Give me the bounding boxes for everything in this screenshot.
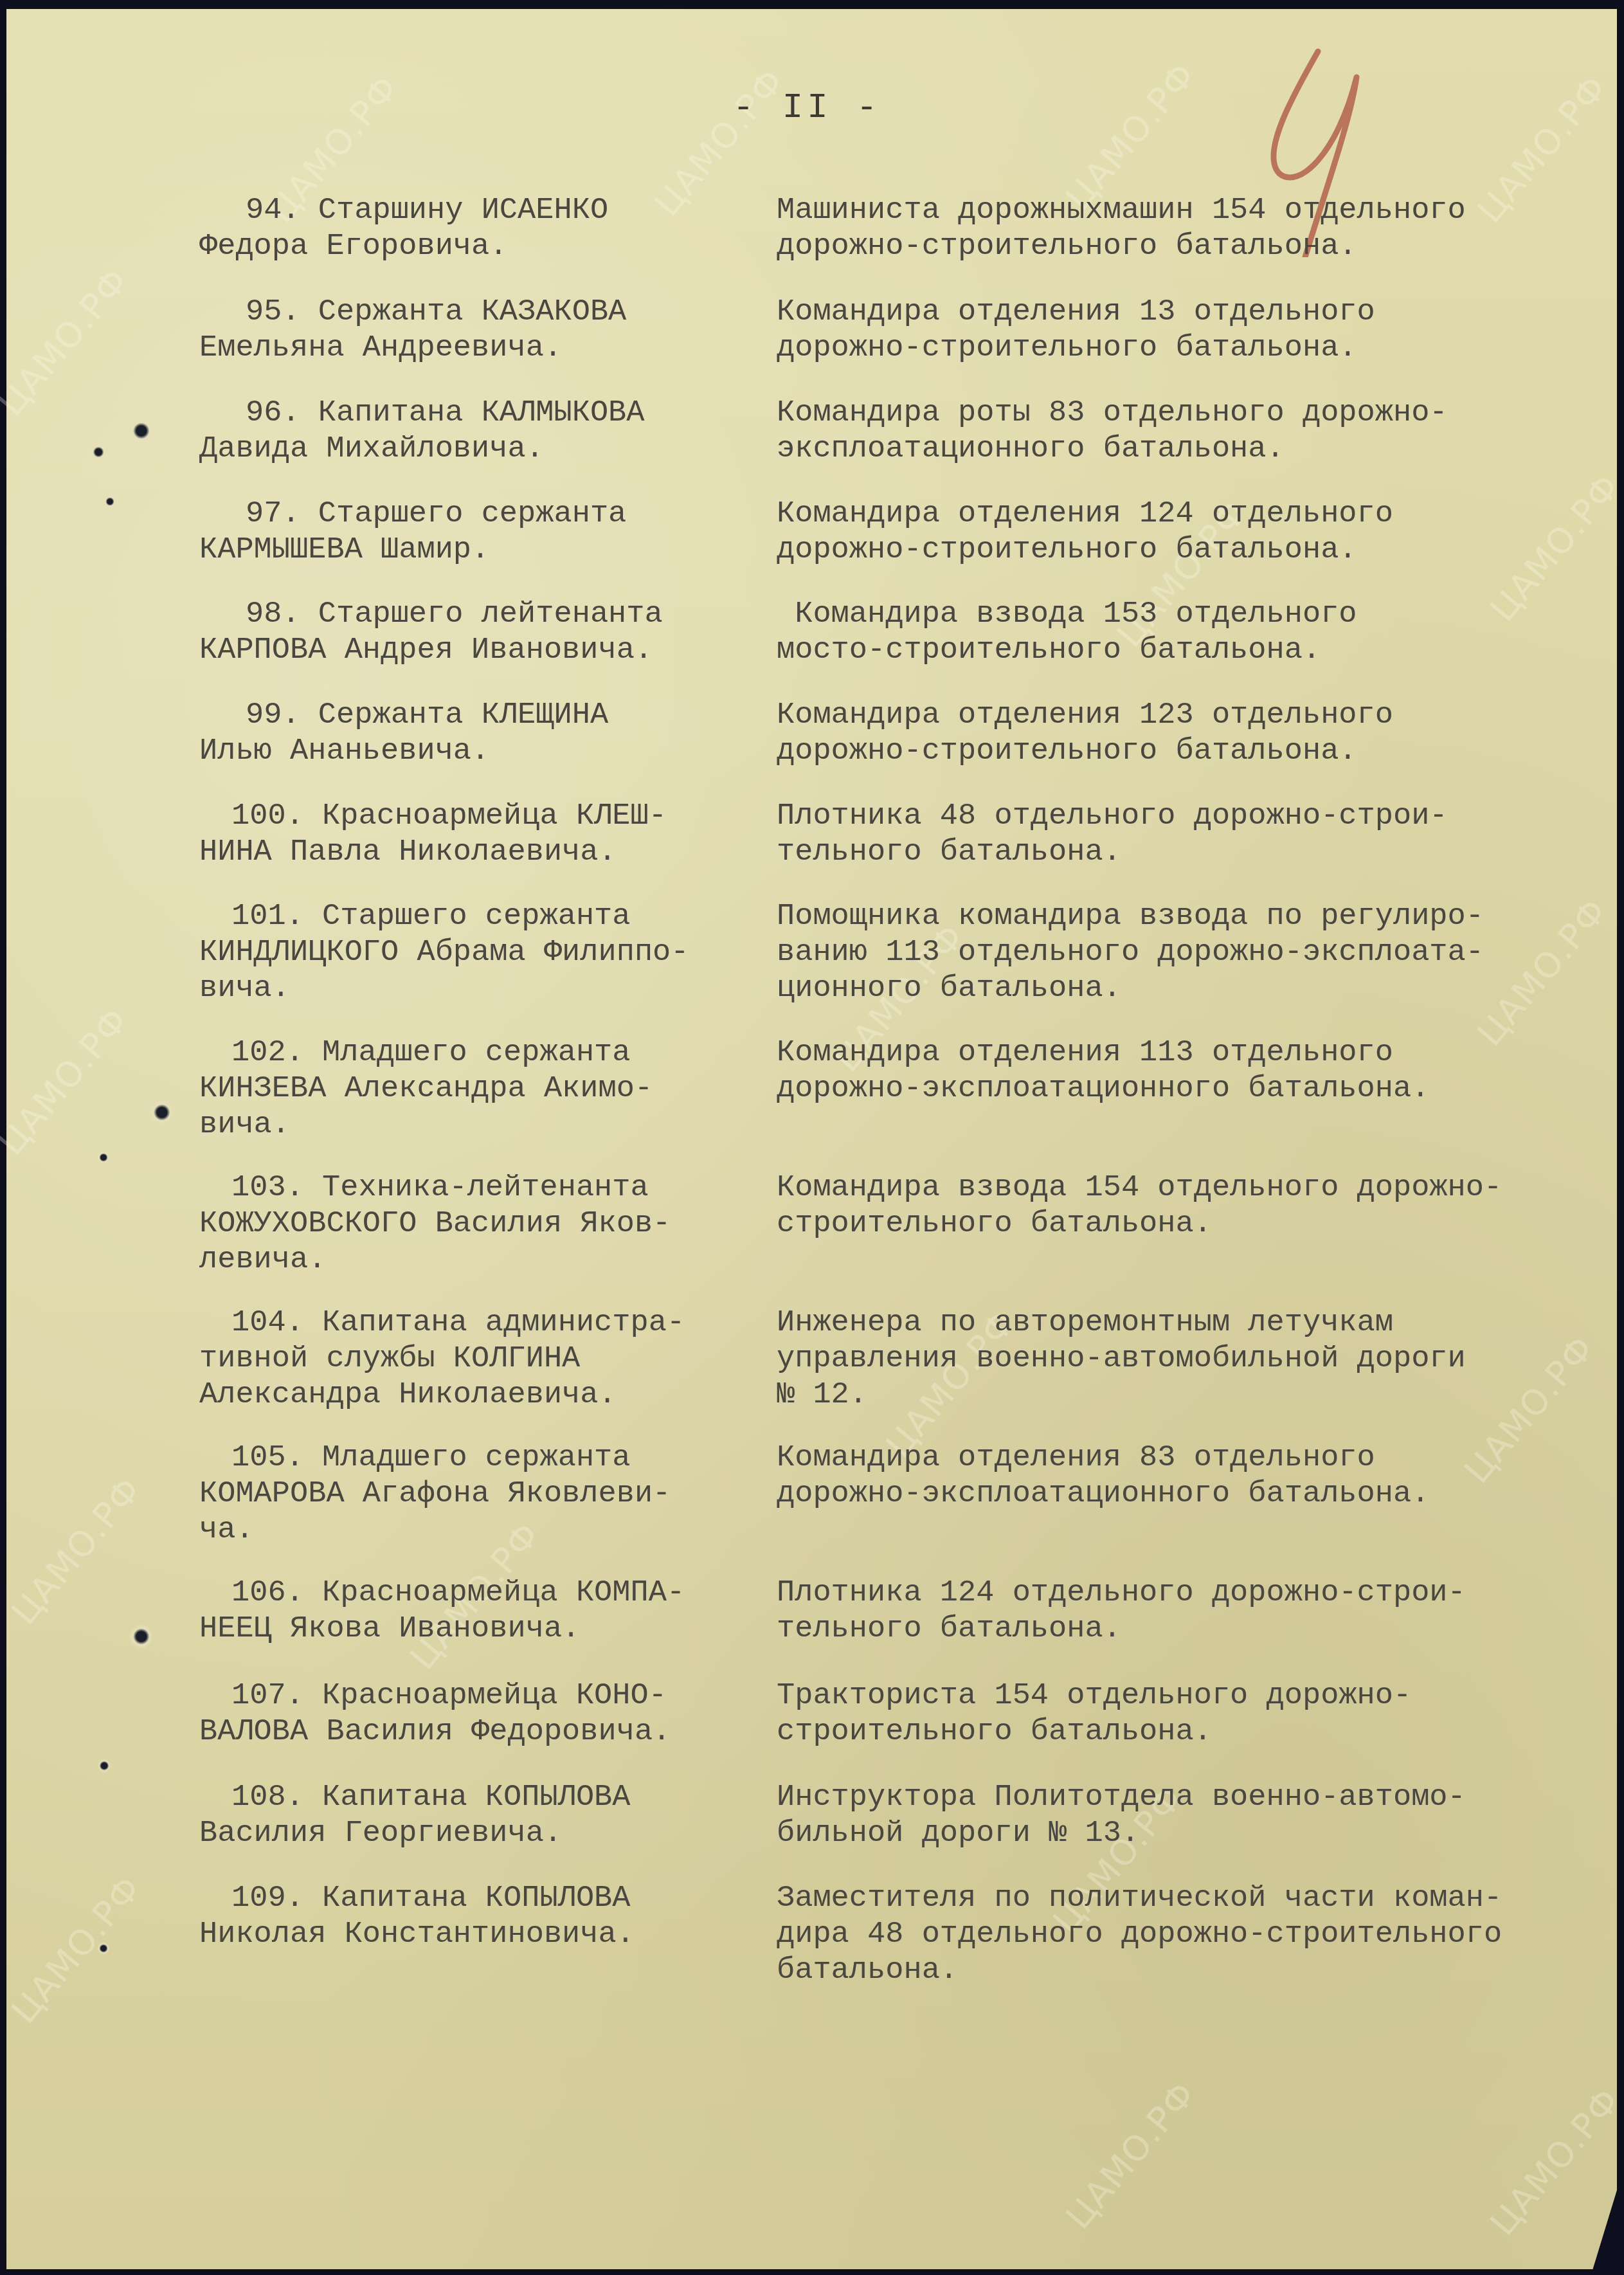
name-line: ча.: [199, 1512, 752, 1548]
position-line: эксплоатационного батальона.: [777, 431, 1606, 467]
name-line: Федора Егоровича.: [199, 229, 752, 265]
award-list: 94. Старшину ИСАЕНКОФедора Егоровича.Маш…: [0, 0, 1624, 2275]
name-line: вича.: [199, 971, 752, 1007]
name-line: тивной службы КОЛГИНА: [199, 1341, 752, 1377]
position-line: Командира роты 83 отдельного дорожно-: [777, 395, 1606, 431]
position-line: Инженера по авторемонтным летучкам: [777, 1305, 1606, 1341]
position-line: Командира взвода 153 отдельного: [777, 597, 1606, 633]
recipient-name: 100. Красноармейца КЛЕШ-НИНА Павла Никол…: [199, 799, 752, 871]
name-line: Давида Михайловича.: [199, 431, 752, 467]
name-line: вича.: [199, 1107, 752, 1143]
position-line: Командира отделения 124 отдельного: [777, 496, 1606, 532]
position-line: Командира отделения 113 отдельного: [777, 1035, 1606, 1071]
name-line: Николая Константиновича.: [199, 1917, 752, 1953]
rank-line: 105. Младшего сержанта: [199, 1440, 752, 1476]
position-line: управления военно-автомобильной дороги: [777, 1341, 1606, 1377]
rank-line: 108. Капитана КОПЫЛОВА: [199, 1780, 752, 1816]
rank-line: 99. Сержанта КЛЕЩИНА: [199, 698, 752, 734]
position-line: Плотника 124 отдельного дорожно-строи-: [777, 1575, 1606, 1611]
position-line: Машиниста дорожныхмашин 154 отдельного: [777, 193, 1606, 229]
position-line: Заместителя по политической части коман-: [777, 1881, 1606, 1917]
position-line: Помощника командира взвода по регулиро-: [777, 899, 1606, 935]
recipient-name: 101. Старшего сержантаКИНДЛИЦКОГО Абрама…: [199, 899, 752, 1007]
recipient-position: Командира отделения 124 отдельногодорожн…: [777, 496, 1606, 568]
recipient-position: Командира отделения 123 отдельногодорожн…: [777, 698, 1606, 770]
recipient-position: Тракториста 154 отдельного дорожно-строи…: [777, 1678, 1606, 1750]
recipient-name: 108. Капитана КОПЫЛОВАВасилия Георгиевич…: [199, 1780, 752, 1852]
name-line: КОЖУХОВСКОГО Василия Яков-: [199, 1206, 752, 1242]
recipient-position: Заместителя по политической части коман-…: [777, 1881, 1606, 1989]
name-line: КОМАРОВА Агафона Яковлеви-: [199, 1476, 752, 1512]
recipient-position: Плотника 48 отдельного дорожно-строи-тел…: [777, 799, 1606, 871]
position-line: Инструктора Политотдела военно-автомо-: [777, 1780, 1606, 1816]
rank-line: 106. Красноармейца КОМПА-: [199, 1575, 752, 1611]
recipient-position: Командира роты 83 отдельного дорожно-экс…: [777, 395, 1606, 467]
position-line: дира 48 отдельного дорожно-строительного: [777, 1917, 1606, 1953]
position-line: Плотника 48 отдельного дорожно-строи-: [777, 799, 1606, 835]
name-line: НЕЕЦ Якова Ивановича.: [199, 1611, 752, 1647]
recipient-name: 97. Старшего сержантаКАРМЫШЕВА Шамир.: [199, 496, 752, 568]
name-line: Александра Николаевича.: [199, 1377, 752, 1413]
recipient-name: 109. Капитана КОПЫЛОВАНиколая Константин…: [199, 1881, 752, 1953]
recipient-position: Плотника 124 отдельного дорожно-строи-те…: [777, 1575, 1606, 1647]
position-line: бильной дороги № 13.: [777, 1816, 1606, 1852]
recipient-name: 96. Капитана КАЛМЫКОВАДавида Михайловича…: [199, 395, 752, 467]
name-line: Емельяна Андреевича.: [199, 331, 752, 367]
position-line: № 12.: [777, 1377, 1606, 1413]
position-line: Тракториста 154 отдельного дорожно-: [777, 1678, 1606, 1714]
recipient-name: 104. Капитана администра-тивной службы К…: [199, 1305, 752, 1413]
rank-line: 96. Капитана КАЛМЫКОВА: [199, 395, 752, 431]
name-line: левича.: [199, 1242, 752, 1278]
position-line: дорожно-эксплоатационного батальона.: [777, 1071, 1606, 1107]
position-line: дорожно-строительного батальона.: [777, 331, 1606, 367]
position-line: строительного батальона.: [777, 1206, 1606, 1242]
rank-line: 95. Сержанта КАЗАКОВА: [199, 295, 752, 331]
recipient-name: 106. Красноармейца КОМПА-НЕЕЦ Якова Иван…: [199, 1575, 752, 1647]
recipient-name: 103. Техника-лейтенантаКОЖУХОВСКОГО Васи…: [199, 1170, 752, 1278]
position-line: дорожно-строительного батальона.: [777, 734, 1606, 770]
position-line: мосто-строительного батальона.: [777, 633, 1606, 669]
name-line: НИНА Павла Николаевича.: [199, 835, 752, 871]
rank-line: 94. Старшину ИСАЕНКО: [199, 193, 752, 229]
rank-line: 104. Капитана администра-: [199, 1305, 752, 1341]
recipient-name: 99. Сержанта КЛЕЩИНАИлью Ананьевича.: [199, 698, 752, 770]
name-line: КАРПОВА Андрея Ивановича.: [199, 633, 752, 669]
recipient-position: Командира отделения 113 отдельногодорожн…: [777, 1035, 1606, 1107]
position-line: ванию 113 отдельного дорожно-эксплоата-: [777, 935, 1606, 971]
recipient-position: Командира взвода 153 отдельногомосто-стр…: [777, 597, 1606, 669]
position-line: тельного батальона.: [777, 835, 1606, 871]
position-line: дорожно-строительного батальона.: [777, 229, 1606, 265]
position-line: батальона.: [777, 1953, 1606, 1989]
position-line: тельного батальона.: [777, 1611, 1606, 1647]
recipient-position: Инженера по авторемонтным летучкамуправл…: [777, 1305, 1606, 1413]
recipient-position: Инструктора Политотдела военно-автомо-би…: [777, 1780, 1606, 1852]
name-line: ВАЛОВА Василия Федоровича.: [199, 1714, 752, 1750]
recipient-name: 105. Младшего сержантаКОМАРОВА Агафона Я…: [199, 1440, 752, 1548]
rank-line: 102. Младшего сержанта: [199, 1035, 752, 1071]
position-line: строительного батальона.: [777, 1714, 1606, 1750]
name-line: КАРМЫШЕВА Шамир.: [199, 532, 752, 568]
rank-line: 100. Красноармейца КЛЕШ-: [199, 799, 752, 835]
rank-line: 109. Капитана КОПЫЛОВА: [199, 1881, 752, 1917]
name-line: Илью Ананьевича.: [199, 734, 752, 770]
recipient-position: Машиниста дорожныхмашин 154 отдельногодо…: [777, 193, 1606, 265]
rank-line: 107. Красноармейца КОНО-: [199, 1678, 752, 1714]
position-line: Командира взвода 154 отдельного дорожно-: [777, 1170, 1606, 1206]
rank-line: 103. Техника-лейтенанта: [199, 1170, 752, 1206]
recipient-position: Командира отделения 83 отдельногодорожно…: [777, 1440, 1606, 1512]
recipient-name: 98. Старшего лейтенантаКАРПОВА Андрея Ив…: [199, 597, 752, 669]
rank-line: 101. Старшего сержанта: [199, 899, 752, 935]
name-line: КИНЗЕВА Александра Акимо-: [199, 1071, 752, 1107]
recipient-name: 94. Старшину ИСАЕНКОФедора Егоровича.: [199, 193, 752, 265]
recipient-name: 102. Младшего сержантаКИНЗЕВА Александра…: [199, 1035, 752, 1143]
rank-line: 98. Старшего лейтенанта: [199, 597, 752, 633]
position-line: Командира отделения 83 отдельного: [777, 1440, 1606, 1476]
name-line: Василия Георгиевича.: [199, 1816, 752, 1852]
position-line: Командира отделения 123 отдельного: [777, 698, 1606, 734]
position-line: дорожно-эксплоатационного батальона.: [777, 1476, 1606, 1512]
position-line: дорожно-строительного батальона.: [777, 532, 1606, 568]
position-line: Командира отделения 13 отдельного: [777, 295, 1606, 331]
recipient-position: Командира отделения 13 отдельногодорожно…: [777, 295, 1606, 367]
rank-line: 97. Старшего сержанта: [199, 496, 752, 532]
name-line: КИНДЛИЦКОГО Абрама Филиппо-: [199, 935, 752, 971]
position-line: ционного батальона.: [777, 971, 1606, 1007]
recipient-position: Помощника командира взвода по регулиро-в…: [777, 899, 1606, 1007]
recipient-name: 95. Сержанта КАЗАКОВАЕмельяна Андреевича…: [199, 295, 752, 367]
recipient-position: Командира взвода 154 отдельного дорожно-…: [777, 1170, 1606, 1242]
recipient-name: 107. Красноармейца КОНО-ВАЛОВА Василия Ф…: [199, 1678, 752, 1750]
